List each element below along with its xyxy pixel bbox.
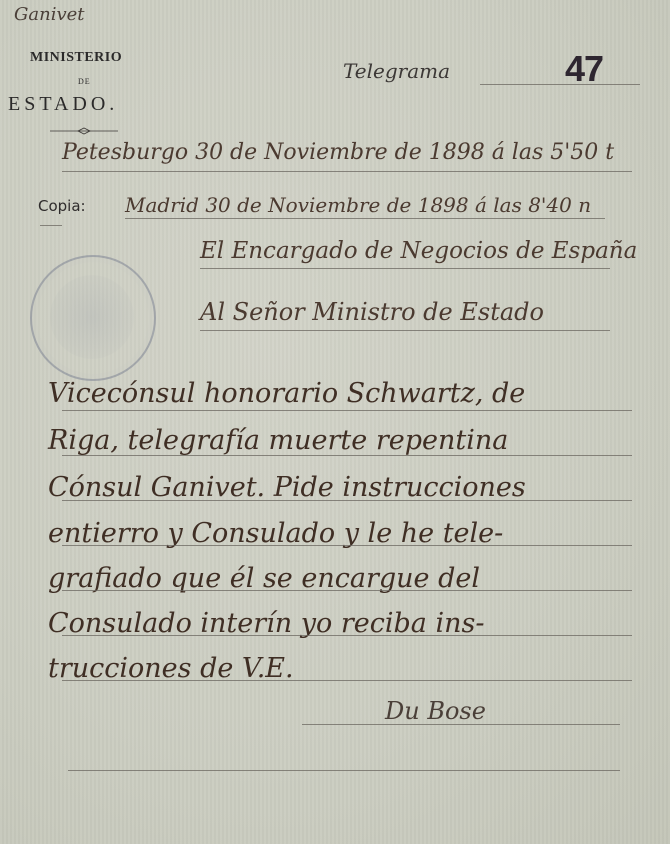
- body-rule-7: [62, 680, 632, 681]
- signature: Du Bose: [385, 697, 486, 725]
- letterhead-line2: DE: [78, 77, 91, 86]
- number-rule: [480, 84, 640, 85]
- origin-line: Petesburgo 30 de Noviembre de 1898 á las…: [62, 140, 614, 165]
- body-line-1: Vicecónsul honorario Schwartz, de: [48, 378, 525, 409]
- signature-rule: [302, 724, 620, 725]
- copy-rule: [125, 218, 605, 219]
- body-line-2: Riga, telegrafía muerte repentina: [48, 425, 508, 456]
- margin-annotation: Ganivet: [14, 4, 85, 25]
- telegram-number: 47: [565, 48, 603, 90]
- origin-rule: [62, 171, 632, 172]
- body-rule-4: [62, 545, 632, 546]
- letterhead-line1: MINISTERIO: [30, 50, 122, 66]
- letterhead-line3: ESTADO.: [8, 93, 118, 116]
- copy-line: Madrid 30 de Noviembre de 1898 á las 8'4…: [125, 193, 591, 217]
- recipient-line: Al Señor Ministro de Estado: [200, 298, 544, 326]
- body-rule-3: [62, 500, 632, 501]
- telegram-document: Ganivet MINISTERIO DE ESTADO. Telegrama …: [0, 0, 670, 844]
- body-rule-2: [62, 455, 632, 456]
- recipient-rule: [200, 330, 610, 331]
- body-rule-6: [62, 635, 632, 636]
- body-line-3: Cónsul Ganivet. Pide instrucciones: [48, 472, 526, 503]
- sender-rule: [200, 268, 610, 269]
- form-type-label: Telegrama: [343, 59, 450, 83]
- sender-line: El Encargado de Negocios de España: [200, 238, 637, 264]
- copy-label: Copia:: [38, 197, 86, 215]
- copy-label-rule: [40, 225, 62, 226]
- body-rule-5: [62, 590, 632, 591]
- body-rule-1: [62, 410, 632, 411]
- blank-rule: [68, 770, 620, 771]
- seal-stamp-icon: [30, 255, 156, 381]
- ornament-divider-icon: [50, 127, 118, 135]
